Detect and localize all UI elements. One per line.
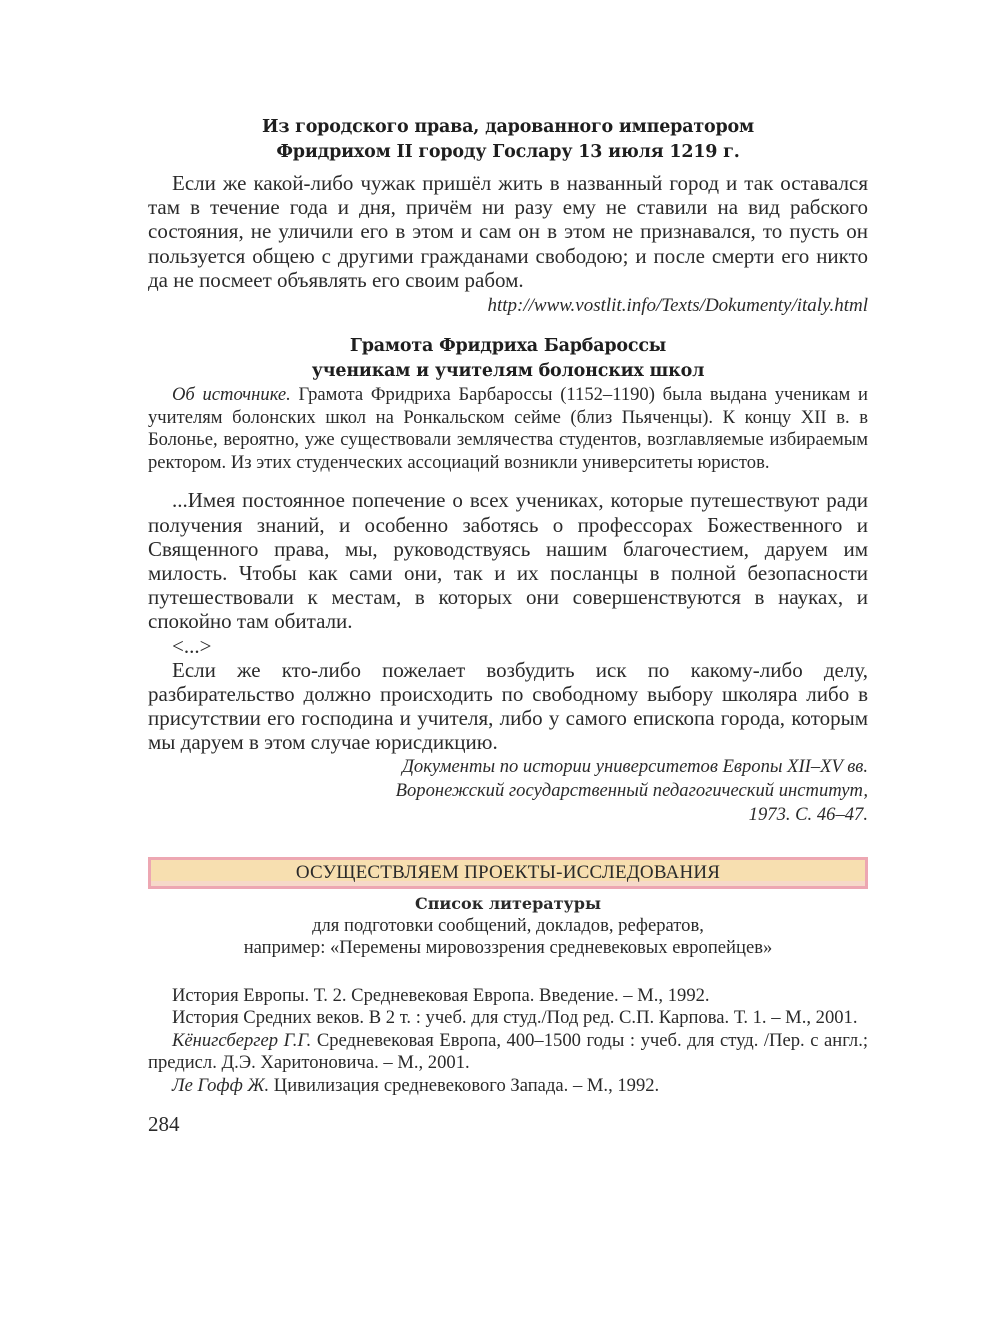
source-link[interactable]: http://www.vostlit.info/Texts/Dokumenty/… [148, 294, 868, 318]
charter-paragraph-1: ...Имея постоянное попечение о всех учен… [148, 488, 868, 633]
charter-paragraph-2: Если же кто-либо пожелает возбудить иск … [148, 658, 868, 755]
about-source: Об источнике. Грамота Фридриха Барбаросс… [148, 384, 868, 474]
bibliography-item: История Средних веков. В 2 т. : учеб. дл… [148, 1007, 868, 1030]
citation-line: 1973. С. 46–47. [148, 803, 868, 827]
reading-list-subtitle: например: «Перемены мировоззрения средне… [148, 937, 868, 959]
bibliography-item: Кёнигсбергер Г.Г. Средневековая Европа, … [148, 1030, 868, 1075]
reading-list-title: Список литературы [148, 893, 868, 915]
heading-line: Фридрихом II городу Гослару 13 июля 1219… [276, 142, 739, 162]
bibliography-list: История Европы. Т. 2. Средневековая Евро… [148, 985, 868, 1098]
bibliography-text: История Европы. Т. 2. Средневековая Евро… [172, 985, 710, 1006]
reading-list-subtitle: для подготовки сообщений, докладов, рефе… [148, 915, 868, 937]
projects-banner: ОСУЩЕСТВЛЯЕМ ПРОЕКТЫ-ИССЛЕДОВАНИЯ [148, 857, 868, 889]
projects-banner-label: ОСУЩЕСТВЛЯЕМ ПРОЕКТЫ-ИССЛЕДОВАНИЯ [296, 862, 720, 884]
goslar-law-text: Если же какой-либо чужак пришёл жить в н… [148, 171, 868, 292]
ellipsis-marker: <...> [148, 634, 868, 658]
citation-line: Документы по истории университетов Европ… [148, 755, 868, 779]
barbarossa-charter-heading: Грамота Фридриха Барбароссы ученикам и у… [148, 334, 868, 384]
page-number: 284 [148, 1112, 868, 1137]
bibliography-item: Ле Гофф Ж. Цивилизация средневекового За… [148, 1075, 868, 1098]
about-source-lead: Об источнике. [172, 384, 291, 405]
bibliography-item: История Европы. Т. 2. Средневековая Евро… [148, 985, 868, 1008]
bibliography-text: История Средних веков. В 2 т. : учеб. дл… [172, 1007, 858, 1028]
citation-line: Воронежский государственный педагогическ… [148, 779, 868, 803]
heading-line: ученикам и учителям болонских школ [312, 361, 704, 381]
bibliography-author: Кёнигсбергер Г.Г. [172, 1030, 311, 1051]
textbook-page: Из городского права, дарованного императ… [148, 115, 868, 1137]
bibliography-text: Цивилизация средневекового Запада. – М.,… [269, 1075, 659, 1096]
goslar-law-heading: Из городского права, дарованного императ… [148, 115, 868, 165]
bibliography-author: Ле Гофф Ж. [172, 1075, 269, 1096]
heading-line: Из городского права, дарованного императ… [262, 117, 754, 137]
heading-line: Грамота Фридриха Барбароссы [350, 336, 666, 356]
